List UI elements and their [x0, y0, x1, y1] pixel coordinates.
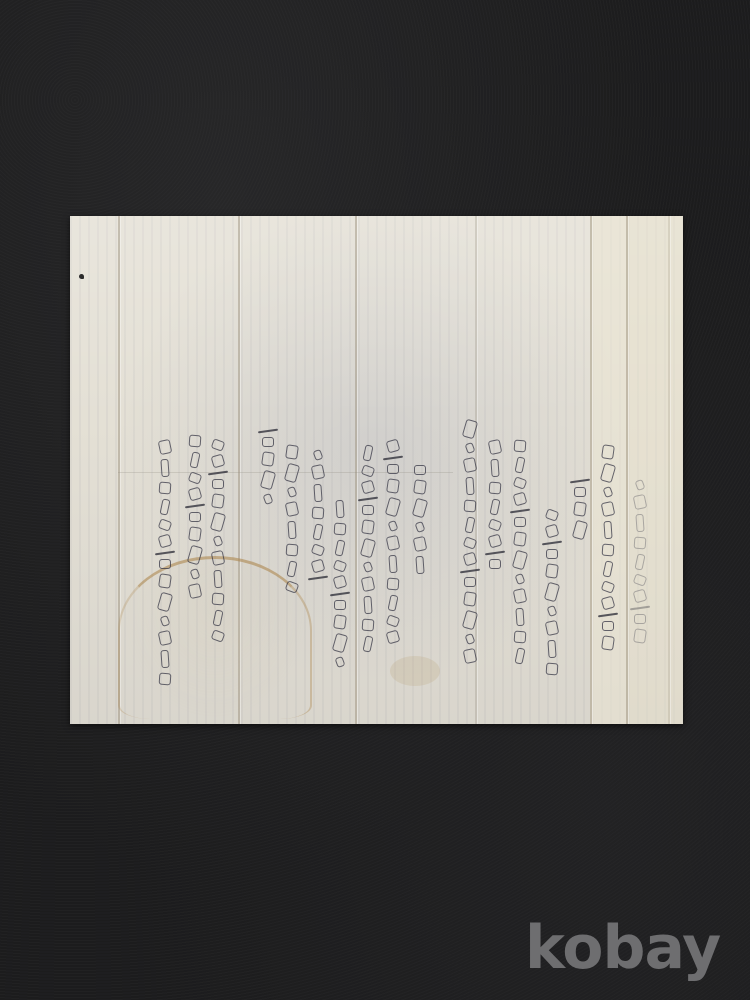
handwritten-glyph	[545, 620, 560, 636]
folded-edge-strip	[626, 216, 683, 724]
handwritten-glyph	[547, 640, 556, 659]
handwritten-glyph	[189, 512, 201, 522]
handwritten-glyph	[159, 482, 172, 495]
handwritten-glyph	[633, 589, 648, 604]
handwritten-glyph	[633, 573, 648, 587]
handwritten-glyph	[463, 552, 478, 567]
handwritten-glyph	[413, 536, 428, 552]
handwritten-glyph	[285, 501, 300, 517]
handwritten-glyph	[211, 454, 226, 469]
handwritten-glyph	[634, 614, 646, 624]
handwriting-column	[285, 445, 299, 592]
handwritten-glyph	[464, 516, 475, 533]
handwritten-glyph	[387, 578, 400, 591]
handwritten-glyph	[157, 592, 173, 613]
handwriting-column	[573, 480, 587, 539]
handwriting-column	[158, 440, 172, 685]
handwritten-glyph	[362, 505, 374, 515]
handwritten-glyph	[332, 633, 348, 654]
handwritten-glyph	[212, 593, 225, 606]
handwritten-glyph	[211, 550, 226, 566]
handwritten-glyph	[386, 630, 401, 645]
handwritten-glyph	[185, 504, 205, 509]
handwritten-glyph	[313, 484, 322, 503]
handwritten-glyph	[465, 442, 476, 454]
handwritten-glyph	[210, 512, 226, 533]
handwritten-glyph	[513, 492, 528, 507]
handwritten-glyph	[545, 563, 559, 579]
handwriting-column	[188, 435, 202, 598]
handwritten-glyph	[361, 519, 375, 535]
handwritten-glyph	[513, 476, 528, 490]
handwritten-glyph	[188, 583, 203, 599]
handwritten-glyph	[634, 537, 647, 550]
handwritten-glyph	[414, 465, 426, 475]
handwritten-glyph	[211, 629, 226, 643]
handwritten-glyph	[258, 429, 278, 434]
handwriting-column	[211, 440, 225, 641]
handwritten-glyph	[512, 550, 528, 571]
handwritten-glyph	[308, 576, 328, 581]
handwritten-glyph	[361, 464, 376, 478]
handwritten-glyph	[361, 480, 376, 495]
handwritten-glyph	[464, 500, 477, 513]
handwritten-glyph	[465, 477, 474, 496]
handwritten-glyph	[634, 553, 645, 570]
handwritten-glyph	[287, 486, 298, 498]
handwritten-glyph	[330, 592, 350, 597]
handwritten-glyph	[514, 631, 527, 644]
ink-spot	[79, 274, 84, 279]
handwritten-glyph	[159, 673, 172, 686]
handwritten-glyph	[514, 456, 525, 473]
handwritten-glyph	[463, 648, 478, 664]
handwritten-glyph	[285, 444, 299, 460]
handwritten-glyph	[545, 508, 560, 522]
handwritten-glyph	[600, 463, 616, 484]
handwritten-glyph	[187, 545, 203, 566]
handwriting-column	[361, 445, 375, 652]
handwritten-glyph	[415, 521, 426, 533]
handwritten-glyph	[158, 630, 173, 646]
handwritten-glyph	[284, 463, 300, 484]
handwritten-glyph	[633, 628, 647, 644]
kobay-watermark: kobay	[525, 918, 720, 978]
handwritten-glyph	[546, 549, 558, 559]
handwritten-glyph	[158, 518, 173, 532]
handwritten-glyph	[489, 498, 500, 515]
handwritten-glyph	[334, 523, 347, 536]
handwritten-glyph	[312, 523, 323, 540]
handwritten-glyph	[335, 656, 346, 668]
handwritten-glyph	[490, 459, 499, 478]
handwritten-glyph	[158, 534, 173, 549]
handwritten-glyph	[387, 464, 399, 474]
handwritten-glyph	[601, 635, 615, 651]
handwritten-glyph	[160, 459, 169, 478]
handwritten-glyph	[601, 444, 615, 460]
handwritten-glyph	[333, 559, 348, 573]
handwritten-glyph	[189, 435, 202, 448]
handwritten-glyph	[542, 541, 562, 546]
handwritten-glyph	[212, 609, 223, 626]
handwritten-glyph	[260, 470, 276, 491]
handwritten-glyph	[602, 621, 614, 631]
handwritten-glyph	[285, 580, 300, 594]
handwriting-column	[333, 500, 347, 667]
handwritten-glyph	[633, 494, 648, 510]
handwritten-glyph	[360, 538, 376, 559]
handwritten-glyph	[570, 479, 590, 484]
handwritten-glyph	[287, 521, 296, 540]
handwritten-glyph	[412, 498, 428, 519]
handwritten-glyph	[160, 650, 169, 669]
handwritten-glyph	[211, 493, 225, 509]
handwriting-column	[261, 430, 275, 504]
handwritten-glyph	[489, 482, 502, 495]
handwritten-glyph	[286, 560, 297, 577]
fold-line	[668, 216, 670, 724]
handwritten-glyph	[261, 451, 275, 467]
handwritten-glyph	[601, 580, 616, 594]
handwritten-glyph	[513, 588, 528, 604]
paper-document	[70, 216, 683, 724]
handwriting-column	[513, 440, 527, 664]
handwritten-glyph	[386, 614, 401, 628]
handwritten-glyph	[160, 615, 171, 627]
handwritten-glyph	[547, 605, 558, 617]
handwriting-column	[463, 420, 477, 663]
handwritten-glyph	[460, 569, 480, 574]
handwritten-glyph	[362, 444, 373, 461]
handwritten-glyph	[362, 619, 375, 632]
handwritten-glyph	[601, 501, 616, 517]
handwriting-column	[311, 450, 325, 579]
handwritten-glyph	[462, 610, 478, 631]
handwritten-glyph	[158, 573, 172, 589]
handwritten-glyph	[514, 647, 525, 664]
handwritten-glyph	[213, 535, 224, 547]
handwritten-glyph	[155, 551, 175, 556]
handwritten-glyph	[635, 514, 644, 533]
handwritten-glyph	[212, 479, 224, 489]
handwritten-glyph	[513, 531, 527, 547]
handwritten-glyph	[263, 493, 274, 505]
fold-line	[355, 216, 357, 724]
water-stain-small	[390, 656, 440, 686]
handwritten-glyph	[158, 439, 173, 455]
handwritten-glyph	[510, 509, 530, 514]
handwritten-glyph	[388, 520, 399, 532]
handwritten-glyph	[361, 576, 376, 592]
handwritten-glyph	[262, 437, 274, 447]
handwritten-glyph	[159, 498, 170, 515]
handwritten-glyph	[190, 568, 201, 580]
handwritten-glyph	[363, 596, 372, 615]
handwritten-glyph	[362, 635, 373, 652]
handwritten-glyph	[334, 600, 346, 610]
handwritten-glyph	[211, 438, 226, 452]
handwritten-glyph	[363, 561, 374, 573]
handwritten-glyph	[413, 479, 427, 495]
handwritten-glyph	[464, 577, 476, 587]
handwritten-glyph	[311, 464, 326, 480]
handwritten-glyph	[311, 559, 326, 574]
handwritten-glyph	[334, 539, 345, 556]
handwritten-glyph	[515, 573, 526, 585]
handwritten-glyph	[546, 663, 559, 676]
handwritten-glyph	[602, 544, 615, 557]
handwritten-glyph	[189, 451, 200, 468]
handwriting-column	[488, 440, 502, 569]
handwritten-glyph	[388, 555, 397, 574]
handwritten-glyph	[573, 501, 587, 517]
handwritten-glyph	[602, 560, 613, 577]
handwritten-glyph	[383, 456, 403, 461]
handwritten-glyph	[335, 500, 344, 519]
handwriting-column	[386, 440, 400, 643]
handwritten-glyph	[387, 594, 398, 611]
handwritten-glyph	[489, 559, 501, 569]
handwritten-glyph	[311, 543, 326, 557]
handwritten-glyph	[358, 497, 378, 502]
handwritten-glyph	[208, 471, 228, 476]
handwritten-glyph	[213, 570, 222, 589]
handwritten-glyph	[514, 440, 527, 453]
handwritten-glyph	[462, 419, 478, 440]
handwritten-glyph	[545, 524, 560, 539]
handwriting-column	[601, 445, 615, 650]
handwritten-glyph	[465, 633, 476, 645]
handwritten-glyph	[333, 575, 348, 590]
handwritten-glyph	[415, 556, 424, 575]
handwritten-glyph	[463, 536, 478, 550]
handwritten-glyph	[635, 479, 646, 491]
handwritten-glyph	[488, 534, 503, 549]
handwritten-glyph	[313, 449, 324, 461]
fold-line	[590, 216, 592, 724]
handwritten-glyph	[188, 526, 202, 542]
handwritten-glyph	[463, 591, 477, 607]
handwritten-glyph	[572, 520, 588, 541]
handwritten-glyph	[488, 518, 503, 532]
handwritten-glyph	[488, 439, 503, 455]
handwritten-glyph	[386, 439, 401, 454]
handwritten-glyph	[188, 487, 203, 502]
handwritten-glyph	[603, 486, 614, 498]
handwritten-glyph	[188, 471, 203, 485]
handwritten-glyph	[463, 457, 478, 473]
handwritten-glyph	[601, 596, 616, 611]
handwritten-glyph	[514, 517, 526, 527]
handwritten-glyph	[159, 559, 171, 569]
handwritten-glyph	[386, 478, 400, 494]
handwriting-column	[545, 510, 559, 675]
fold-line	[626, 216, 628, 724]
handwriting-column	[413, 465, 427, 574]
handwritten-glyph	[544, 582, 560, 603]
handwritten-glyph	[603, 521, 612, 540]
handwritten-glyph	[385, 497, 401, 518]
handwritten-glyph	[515, 608, 524, 627]
handwritten-glyph	[333, 614, 347, 630]
handwriting-column	[633, 480, 647, 643]
handwritten-glyph	[485, 551, 505, 556]
handwritten-glyph	[286, 544, 299, 557]
handwritten-glyph	[574, 487, 586, 497]
handwritten-glyph	[386, 535, 401, 551]
handwritten-glyph	[312, 507, 325, 520]
